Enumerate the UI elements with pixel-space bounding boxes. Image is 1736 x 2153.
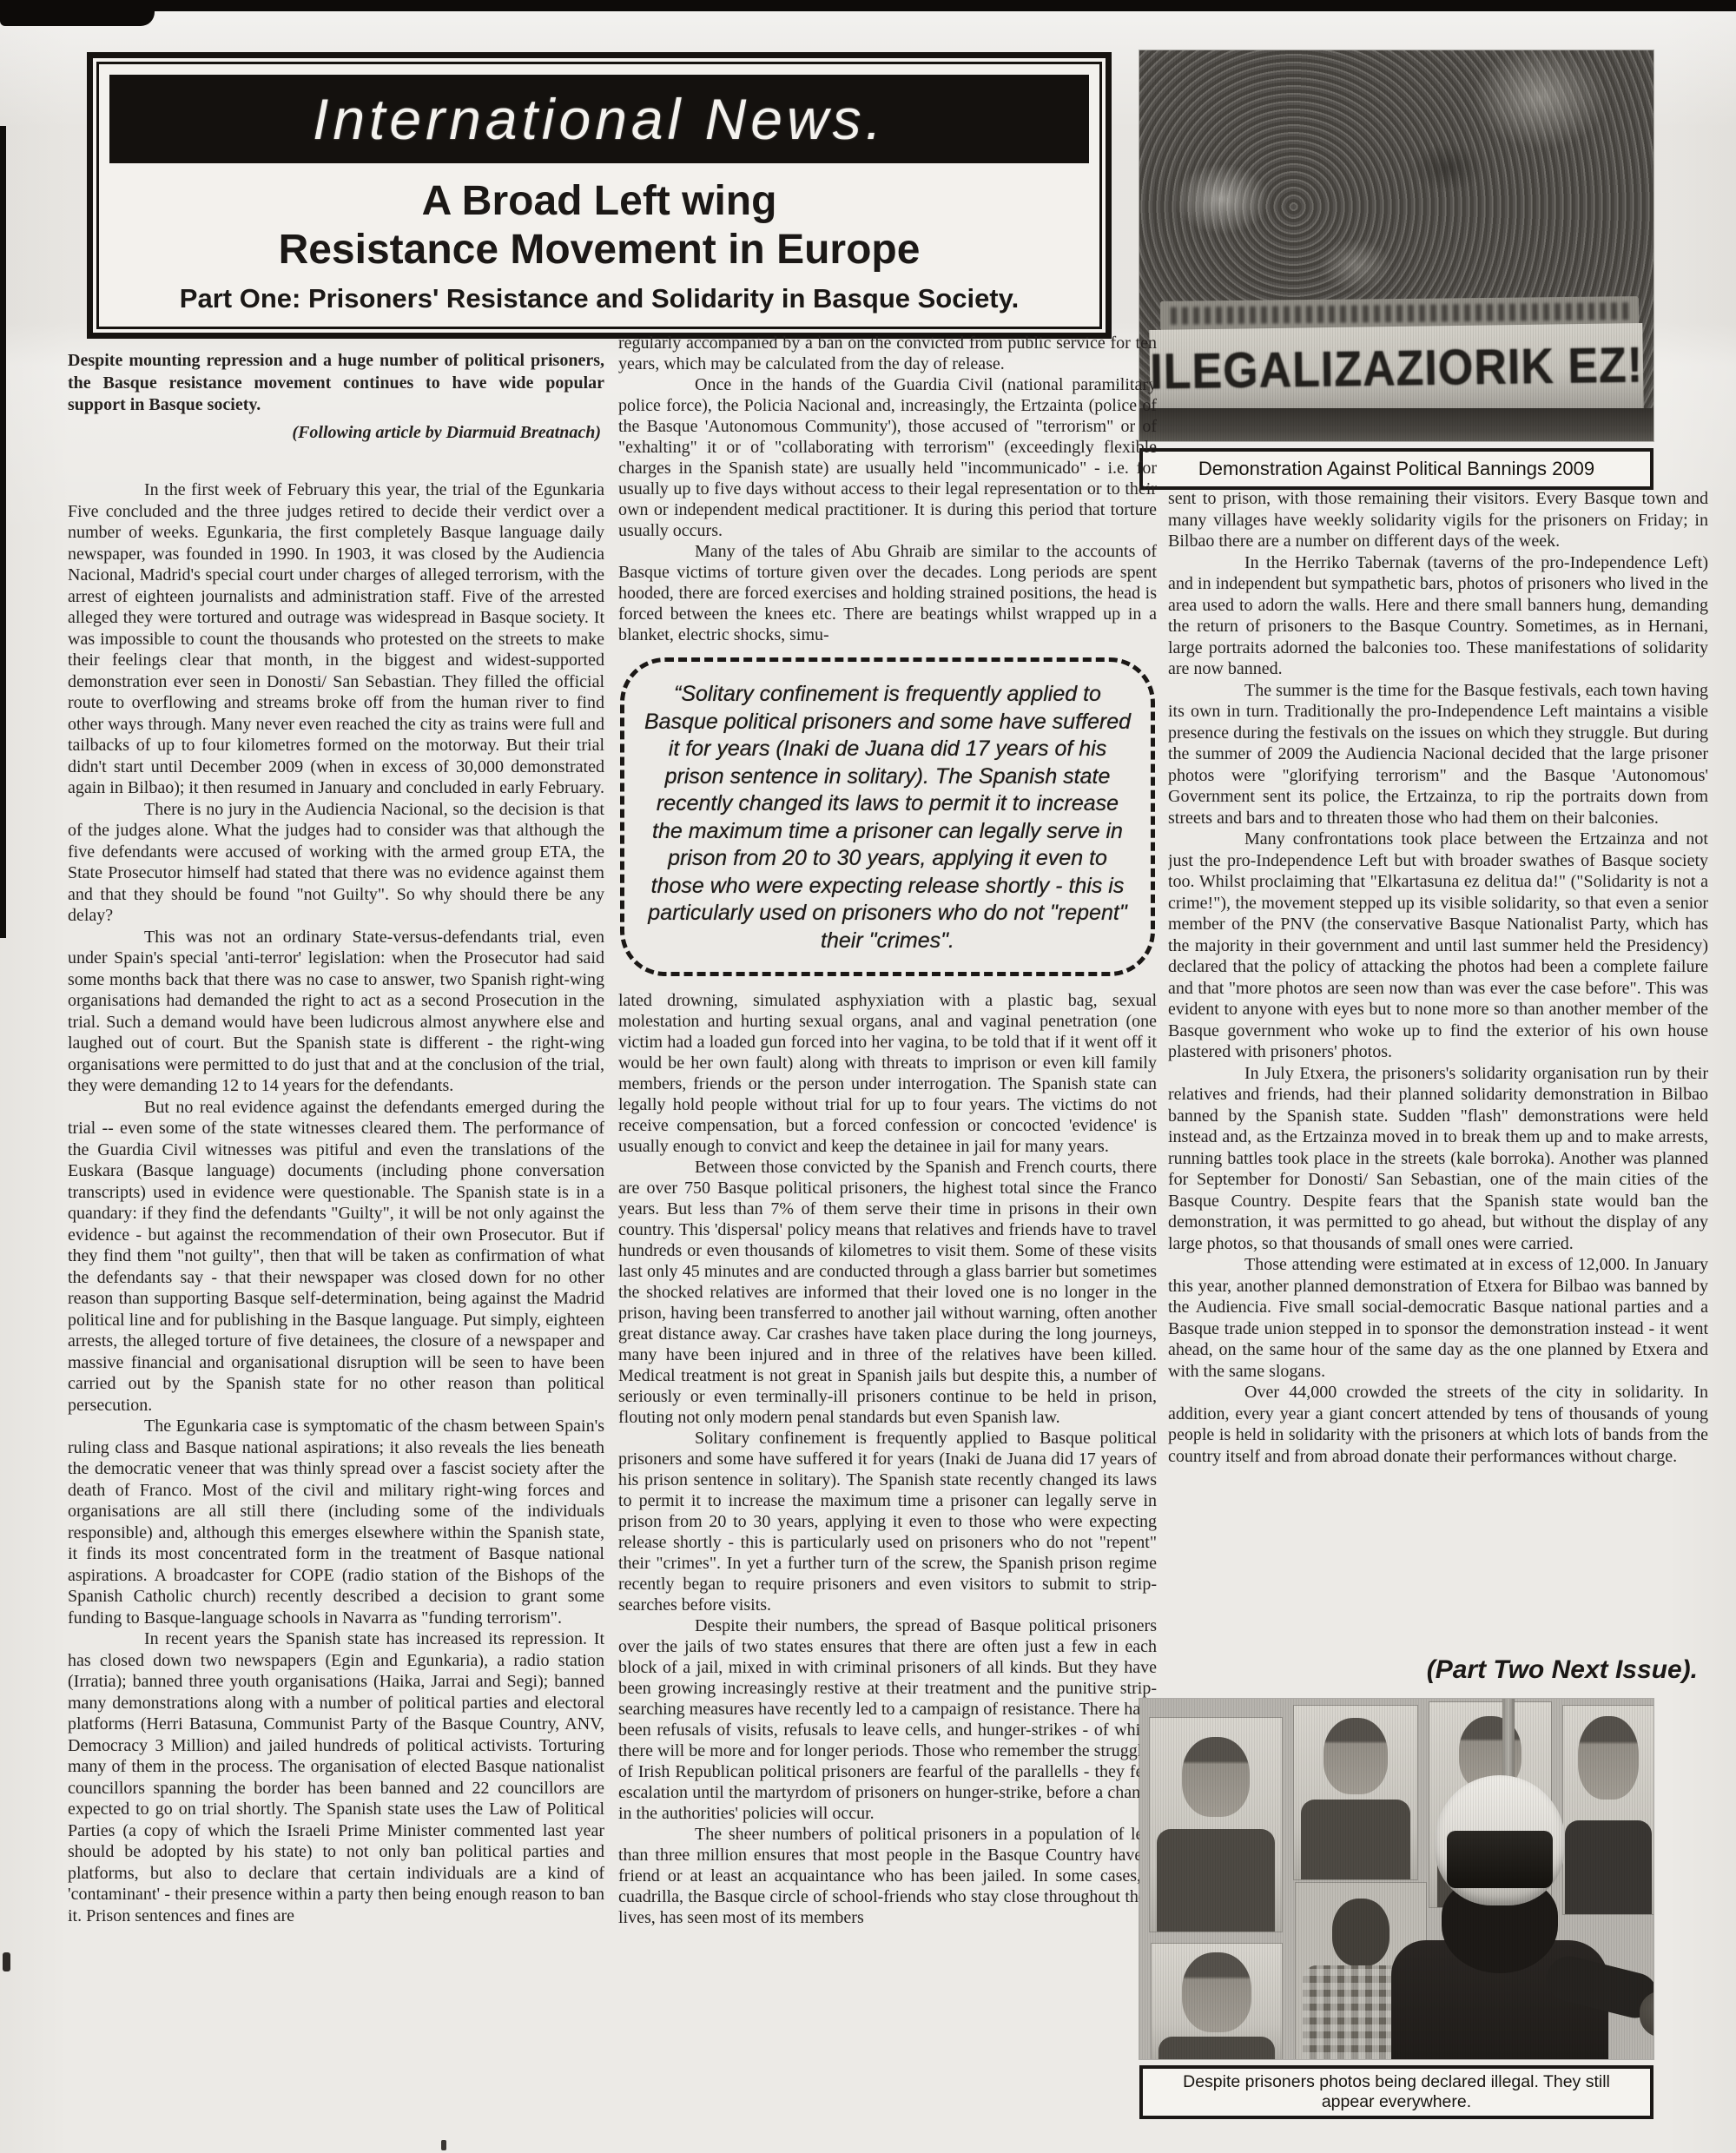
portrait-shoulders (1565, 1820, 1652, 1914)
paragraph: In the first week of February this year,… (68, 479, 604, 799)
paragraph: There is no jury in the Audiencia Nacion… (68, 799, 604, 927)
newspaper-page: International News. A Broad Left wing Re… (0, 0, 1736, 2153)
figure-plaid-shirt (1303, 1965, 1419, 2059)
column-right: sent to prison, with those remaining the… (1168, 488, 1708, 1652)
portrait-head (1578, 1716, 1639, 1800)
poster-portrait (1563, 1706, 1653, 1914)
column-left: Despite mounting repression and a huge n… (68, 350, 604, 2144)
paragraph: Between those convicted by the Spanish a… (618, 1157, 1157, 1428)
portrait-head (1323, 1718, 1388, 1794)
figure-back-view (1296, 1883, 1426, 2059)
police-arm (1542, 1952, 1653, 2023)
headline-line1: A Broad Left wing (99, 177, 1099, 226)
scan-artifact-left-edge (0, 126, 6, 938)
poster-portrait (1294, 1706, 1417, 1879)
paragraph: This was not an ordinary State-versus-de… (68, 927, 604, 1097)
scan-artifact-top-edge (0, 0, 1736, 11)
caption-prisoners: Despite prisoners photos being declared … (1139, 2065, 1653, 2119)
masthead-box: International News. A Broad Left wing Re… (87, 52, 1112, 339)
paragraph: Despite their numbers, the spread of Bas… (618, 1615, 1157, 1824)
paragraph: Despite mounting repression and a huge n… (68, 350, 604, 417)
portrait-shoulders (1157, 1829, 1275, 1932)
pole (1502, 1699, 1515, 2059)
section-title: International News. (313, 86, 886, 152)
caption-demonstration: Demonstration Against Political Bannings… (1139, 448, 1653, 490)
paragraph: Solitary confinement is frequently appli… (618, 1428, 1157, 1615)
column-center-bottom: lated drowning, simulated asphyxiation w… (618, 990, 1157, 1928)
paragraph: lated drowning, simulated asphyxiation w… (618, 990, 1157, 1157)
paragraph: (Following article by Diarmuid Breatnach… (68, 422, 601, 444)
portrait-head (1459, 1716, 1521, 1791)
paragraph: Those attending were estimated at in exc… (1168, 1254, 1708, 1382)
scan-artifact-mark (3, 1952, 10, 1971)
paragraph: Many of the tales of Abu Ghraib are simi… (618, 541, 1157, 645)
portrait-shoulders (1437, 1812, 1543, 1907)
masthead-inner-frame: International News. A Broad Left wing Re… (96, 62, 1102, 329)
paragraph: In the Herriko Tabernak (taverns of the … (1168, 552, 1708, 680)
poster-portrait (1152, 1944, 1282, 2059)
figure-head (1332, 1899, 1389, 1966)
section-banner: International News. (109, 75, 1089, 163)
paragraph: In recent years the Spanish state has in… (68, 1628, 604, 1926)
photo-demonstration: ILEGALIZAZIORIK EZ! (1139, 50, 1653, 441)
paragraph: In July Etxera, the prisoners's solidari… (1168, 1063, 1708, 1255)
paragraph: Over 44,000 crowded the streets of the c… (1168, 1382, 1708, 1467)
paragraph: The summer is the time for the Basque fe… (1168, 680, 1708, 829)
portrait-shoulders (1158, 2037, 1275, 2059)
pull-quote: “Solitary confinement is frequently appl… (620, 657, 1155, 976)
article-subheadline: Part One: Prisoners' Resistance and Soli… (99, 283, 1099, 314)
paragraph: Many confrontations took place between t… (1168, 829, 1708, 1063)
police-balaclava (1442, 1878, 1558, 1973)
police-glove (1640, 1991, 1653, 2037)
column-center: regularly accompanied by a ban on the co… (618, 333, 1157, 2148)
scan-artifact-corner-blob (0, 0, 155, 26)
photo-prisoners-posters (1139, 1699, 1653, 2059)
portrait-head (1182, 1952, 1251, 2032)
riot-police-figure (1391, 1775, 1608, 2059)
portrait-head (1182, 1737, 1250, 1817)
banner-noise-texture (1171, 302, 1628, 325)
demonstration-banner: ILEGALIZAZIORIK EZ! (1149, 323, 1644, 415)
paragraph: The Egunkaria case is symptomatic of the… (68, 1416, 604, 1628)
column-center-top: regularly accompanied by a ban on the co… (618, 333, 1157, 645)
poster-portrait (1150, 1718, 1282, 1932)
paragraph: But no real evidence against the defenda… (68, 1097, 604, 1417)
banner-shadow-strip (1139, 408, 1653, 441)
poster-portrait (1429, 1702, 1551, 1907)
portrait-shoulders (1301, 1800, 1410, 1879)
part-two-note: (Part Two Next Issue). (1168, 1655, 1698, 1685)
police-helmet (1435, 1775, 1565, 1905)
headline-line2: Resistance Movement in Europe (99, 226, 1099, 274)
paragraph: sent to prison, with those remaining the… (1168, 488, 1708, 552)
demonstration-banner-text: ILEGALIZAZIORIK EZ! (1150, 337, 1644, 401)
paragraph: regularly accompanied by a ban on the co… (618, 333, 1157, 374)
paragraph: The sheer numbers of political prisoners… (618, 1824, 1157, 1928)
article-headline: A Broad Left wing Resistance Movement in… (99, 177, 1099, 274)
banner-small-text-strip (1160, 296, 1639, 331)
paragraph: Once in the hands of the Guardia Civil (… (618, 374, 1157, 541)
police-visor (1447, 1831, 1553, 1888)
police-body (1391, 1940, 1608, 2059)
